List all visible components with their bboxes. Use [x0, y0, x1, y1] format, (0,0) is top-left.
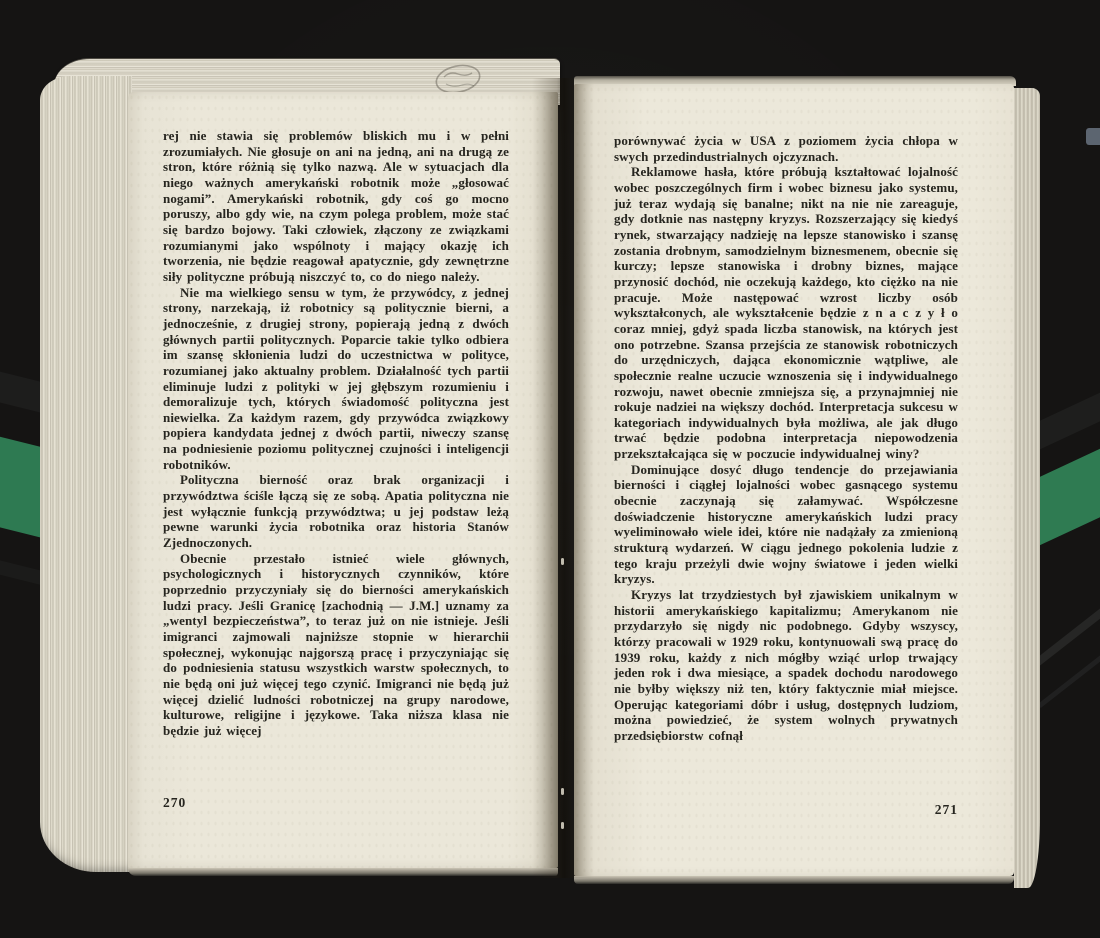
right-page-text: porównywać życia w USA z poziomem życia …	[614, 133, 958, 744]
gutter-stitch	[561, 558, 564, 565]
right-page: porównywać życia w USA z poziomem życia …	[574, 84, 1014, 876]
paragraph: rej nie stawia się problemów bliskich mu…	[163, 128, 509, 285]
gutter-stitch	[561, 822, 564, 829]
page-number-left: 270	[163, 795, 186, 811]
left-page-text: rej nie stawia się problemów bliskich mu…	[163, 128, 509, 739]
paragraph: Reklamowe hasła, które próbują kształtow…	[614, 164, 958, 461]
left-page: rej nie stawia się problemów bliskich mu…	[128, 92, 558, 868]
right-page-edge-stack	[1014, 88, 1040, 888]
left-page-bottom-edge	[128, 868, 558, 876]
paragraph: Kryzys lat trzydziestych był zjawiskiem …	[614, 587, 958, 744]
background-tab	[1086, 128, 1100, 145]
paragraph: porównywać życia w USA z poziomem życia …	[614, 133, 958, 164]
paragraph: Polityczna bierność oraz brak organizacj…	[163, 472, 509, 550]
scan-scene: rej nie stawia się problemów bliskich mu…	[0, 0, 1100, 938]
paragraph: Obecnie przestało istnieć wiele głównych…	[163, 551, 509, 739]
page-number-right: 271	[614, 802, 958, 818]
gutter-stitch	[561, 788, 564, 795]
paragraph: Nie ma wielkiego sensu w tym, że przywód…	[163, 285, 509, 473]
right-ridge-line-2	[1038, 581, 1100, 708]
paragraph: Dominujące dosyć długo tendencje do prze…	[614, 462, 958, 587]
right-page-bottom-edge	[574, 876, 1014, 884]
open-book: rej nie stawia się problemów bliskich mu…	[40, 58, 1042, 896]
left-page-edge-stack	[40, 76, 132, 872]
